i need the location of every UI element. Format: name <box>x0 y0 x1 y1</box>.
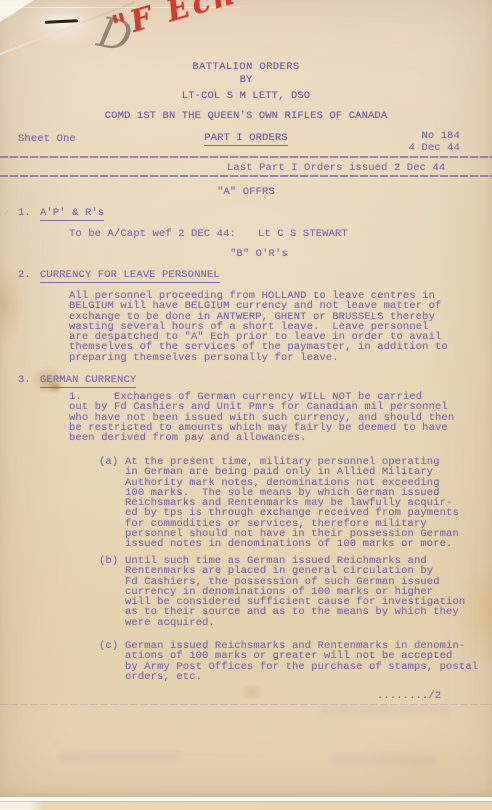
subitem-a-marker: (a) <box>99 457 118 467</box>
item1-title-wrap: A'P' & R's <box>40 208 104 218</box>
red-handwritten-note: "F Ech <box>108 0 262 45</box>
subitem-b-marker: (b) <box>99 556 118 566</box>
paper-sheet: D "F Ech BATTALION ORDERS BY LT-COL S M … <box>0 0 492 798</box>
item1-title: A'P' & R's <box>40 207 104 221</box>
item3-paragraph1: 1. Exchanges of German currency WILL NOT… <box>69 392 454 443</box>
faint-bleed-rule <box>0 704 492 705</box>
unit-line: COMD 1ST BN THE QUEEN'S OWN RIFLES OF CA… <box>0 111 492 121</box>
title-by: BY <box>0 75 492 85</box>
bleed-through-smudge <box>330 756 435 764</box>
item3-title-wrap: GERMAN CURRENCY <box>40 375 136 385</box>
offrs-heading: "A" OFFRS <box>0 187 492 197</box>
scanned-document: D "F Ech BATTALION ORDERS BY LT-COL S M … <box>0 0 492 810</box>
item3-number: 3. <box>18 375 31 385</box>
last-orders-note: Last Part I Orders issued 2 Dec 44 <box>227 163 445 173</box>
horizontal-rule-second <box>0 175 492 177</box>
appointment-name: Lt C S STEWART <box>258 229 348 239</box>
next-page-edge <box>0 801 492 810</box>
subitem-b-text: Until such time as German issued Reichma… <box>125 556 465 628</box>
order-number: No 184 <box>421 131 460 141</box>
subitem-c-marker: (c) <box>99 641 118 651</box>
ink-dash-mark <box>45 19 78 24</box>
subitem-c-text: German issued Reichsmarks and Rentenmark… <box>125 641 478 682</box>
marginal-tick: ·' <box>4 209 9 219</box>
document-title: BATTALION ORDERS <box>0 62 492 72</box>
part-title: PART I ORDERS <box>204 132 287 146</box>
ors-heading: "B" O'R's <box>230 249 288 259</box>
torn-corner <box>0 0 34 22</box>
appointment-label: To be A/Capt wef 2 DEC 44: <box>69 229 236 239</box>
appointment-line: To be A/Capt wef 2 DEC 44: Lt C S STEWAR… <box>69 229 348 239</box>
commanding-officer: LT-COL S M LETT, DSO <box>0 91 492 101</box>
item1-number: 1. <box>18 208 31 218</box>
item2-title: CURRENCY FOR LEAVE PERSONNEL <box>40 269 220 283</box>
bleed-through-smudge <box>320 706 450 715</box>
subitem-a-text: At the present time, military personnel … <box>125 457 459 550</box>
order-date: 4 Dec 44 <box>409 143 460 153</box>
item2-paragraph: All personnel proceeding from HOLLAND to… <box>69 291 448 363</box>
continuation-mark: ......../2 <box>377 691 441 701</box>
item2-title-wrap: CURRENCY FOR LEAVE PERSONNEL <box>40 270 220 280</box>
horizontal-rule-top <box>0 156 492 158</box>
item2-number: 2. <box>18 270 31 280</box>
item3-title: GERMAN CURRENCY <box>40 374 136 388</box>
bleed-through-smudge <box>60 752 180 761</box>
